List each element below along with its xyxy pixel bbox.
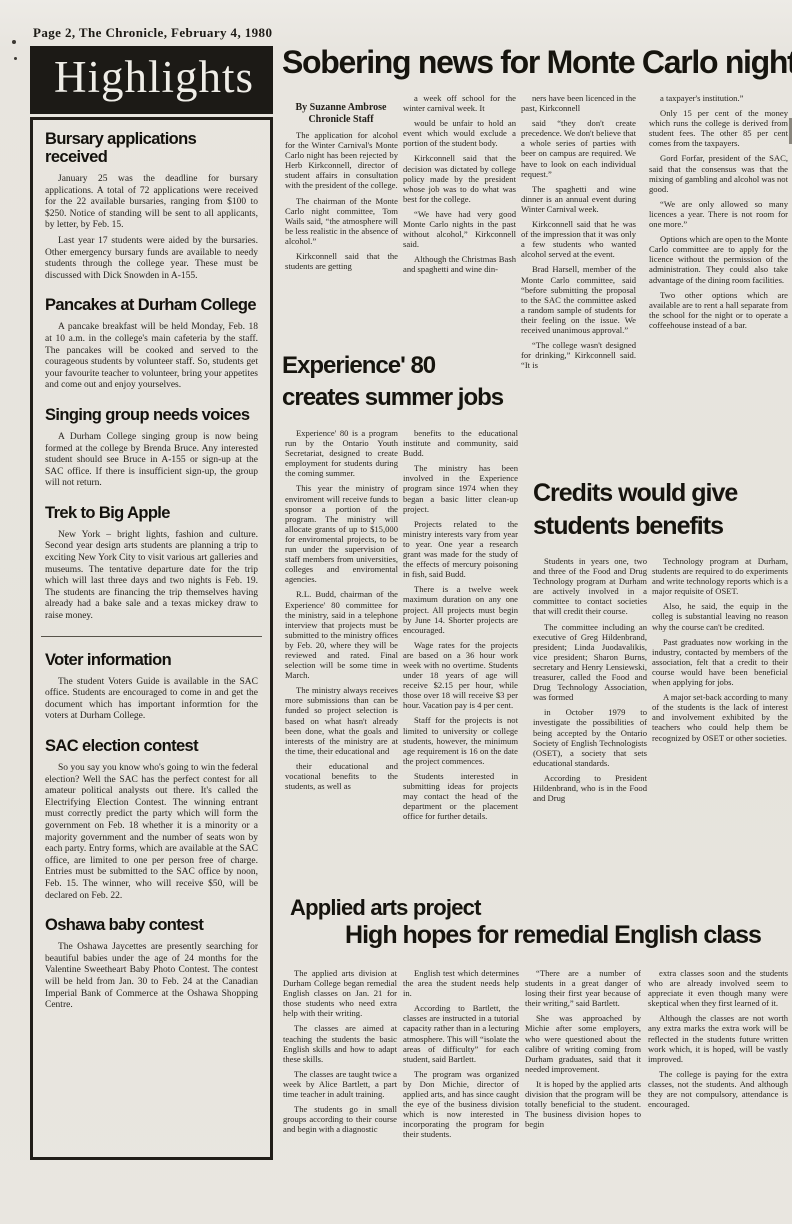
- paragraph: Kirkconnell said that the students are g…: [285, 251, 398, 271]
- credits-headline: Credits would give students benefits: [533, 477, 789, 543]
- paragraph: in October 1979 to investigate the possi…: [533, 707, 647, 768]
- experience-headline-line1: Experience' 80: [282, 350, 534, 382]
- paragraph: The chairman of the Monte Carlo night co…: [285, 196, 398, 246]
- scan-artifact: [14, 57, 17, 60]
- monte-carlo-headline: Sobering news for Monte Carlo night: [282, 44, 790, 81]
- paragraph: “The college wasn't designed for drinkin…: [521, 340, 636, 370]
- paragraph: The spaghetti and wine dinner is an annu…: [521, 184, 636, 214]
- paragraph: The committee including an executive of …: [533, 622, 647, 703]
- newspaper-page: Page 2, The Chronicle, February 4, 1980 …: [0, 0, 792, 1224]
- paragraph: Wage rates for the projects are based on…: [403, 640, 518, 711]
- remedial-column-4: extra classes soon and the students who …: [648, 968, 788, 1114]
- experience-headline-line2: creates summer jobs: [282, 382, 534, 414]
- paragraph: Options which are open to the Monte Carl…: [649, 234, 788, 284]
- section-body: The Oshawa Jaycettes are presently searc…: [45, 942, 258, 1012]
- monte-carlo-column-2: a week off school for the winter carniva…: [403, 93, 516, 280]
- paragraph: The program was organized by Don Michie,…: [403, 1069, 519, 1140]
- section-divider: [41, 636, 262, 637]
- paragraph: According to Bartlett, the classes are i…: [403, 1003, 519, 1064]
- paragraph: Kirkconnell said that the decision was d…: [403, 153, 516, 203]
- monte-carlo-column-3: ners have been licenced in the past, Kir…: [521, 93, 636, 375]
- paragraph: Brad Harsell, member of the Monte Carlo …: [521, 264, 636, 335]
- paragraph: a week off school for the winter carniva…: [403, 93, 516, 113]
- page-header: Page 2, The Chronicle, February 4, 1980: [33, 25, 272, 41]
- highlights-section-pancakes: Pancakes at Durham College A pancake bre…: [45, 296, 258, 392]
- paragraph: The application for alcohol for the Wint…: [285, 130, 398, 191]
- paragraph: Students interested in submitting ideas …: [403, 771, 518, 821]
- section-body: A Durham College singing group is now be…: [45, 432, 258, 490]
- paragraph: So you say you know who's going to win t…: [45, 763, 258, 902]
- paragraph: Although the classes are not worth any e…: [648, 1013, 788, 1063]
- paragraph: Experience' 80 is a program run by the O…: [285, 428, 398, 478]
- experience-column-1: Experience' 80 is a program run by the O…: [285, 428, 398, 796]
- credits-column-2: Technology program at Durham, students a…: [652, 556, 788, 748]
- paragraph: their educational and vocational benefit…: [285, 761, 398, 791]
- paragraph: benefits to the educational institute an…: [403, 428, 518, 458]
- paragraph: The college is paying for the extra clas…: [648, 1069, 788, 1109]
- paragraph: “We are only allowed so many licences a …: [649, 199, 788, 229]
- highlights-section-bursary: Bursary applications received January 25…: [45, 130, 258, 282]
- paragraph: Gord Forfar, president of the SAC, said …: [649, 153, 788, 193]
- remedial-column-3: “There are a number of students in a gre…: [525, 968, 641, 1134]
- paragraph: “We have had very good Monte Carlo night…: [403, 209, 516, 249]
- section-title: Pancakes at Durham College: [45, 296, 258, 314]
- scan-artifact: [12, 40, 16, 44]
- paragraph: The applied arts division at Durham Coll…: [283, 968, 397, 1018]
- paragraph: A Durham College singing group is now be…: [45, 432, 258, 490]
- experience-column-2: benefits to the educational institute an…: [403, 428, 518, 826]
- section-title: Voter information: [45, 651, 258, 669]
- paragraph: Although the Christmas Bash and spaghett…: [403, 254, 516, 274]
- experience-headline: Experience' 80 creates summer jobs: [282, 350, 534, 414]
- highlights-box: Bursary applications received January 25…: [30, 117, 273, 1160]
- credits-headline-line2: students benefits: [533, 510, 789, 543]
- paragraph: This year the ministry of enviroment wil…: [285, 483, 398, 584]
- paragraph: Only 15 per cent of the money which runs…: [649, 108, 788, 148]
- paragraph: There is a twelve week maximum duration …: [403, 584, 518, 634]
- paragraph: Two other options which are available ar…: [649, 290, 788, 330]
- byline-author: By Suzanne Ambrose: [284, 102, 398, 114]
- byline: By Suzanne Ambrose Chronicle Staff: [284, 102, 398, 126]
- paragraph: January 25 was the deadline for bursary …: [45, 174, 258, 232]
- paragraph: Also, he said, the equip in the colleg i…: [652, 601, 788, 631]
- section-title: Bursary applications received: [45, 130, 258, 166]
- section-body: A pancake breakfast will be held Monday,…: [45, 322, 258, 392]
- paragraph: would be unfair to hold an event which w…: [403, 118, 516, 148]
- section-title: Oshawa baby contest: [45, 916, 258, 934]
- highlights-sidebar: Highlights Bursary applications received…: [30, 46, 273, 1160]
- credits-headline-line1: Credits would give: [533, 477, 789, 510]
- highlights-section-voter: Voter information The student Voters Gui…: [45, 651, 258, 723]
- credits-column-1: Students in years one, two and three of …: [533, 556, 647, 808]
- paragraph: English test which determines the area t…: [403, 968, 519, 998]
- paragraph: said “they don't create precedence. We d…: [521, 118, 636, 179]
- paragraph: A major set-back according to many of th…: [652, 692, 788, 742]
- paragraph: Staff for the projects is not limited to…: [403, 715, 518, 765]
- remedial-column-1: The applied arts division at Durham Coll…: [283, 968, 397, 1139]
- highlights-section-singing: Singing group needs voices A Durham Coll…: [45, 406, 258, 490]
- paragraph: She was approached by Michie after some …: [525, 1013, 641, 1074]
- paragraph: The ministry always receives more submis…: [285, 685, 398, 756]
- paragraph: Projects related to the ministry interes…: [403, 519, 518, 580]
- section-body: So you say you know who's going to win t…: [45, 763, 258, 902]
- paragraph: R.L. Budd, chairman of the Experience' 8…: [285, 589, 398, 680]
- paragraph: Students in years one, two and three of …: [533, 556, 647, 617]
- section-body: The student Voters Guide is available in…: [45, 677, 258, 723]
- section-body: New York – bright lights, fashion and cu…: [45, 530, 258, 623]
- highlights-banner: Highlights: [30, 46, 273, 114]
- highlights-section-oshawa-baby: Oshawa baby contest The Oshawa Jaycettes…: [45, 916, 258, 1012]
- paragraph: Technology program at Durham, students a…: [652, 556, 788, 596]
- paragraph: New York – bright lights, fashion and cu…: [45, 530, 258, 623]
- applied-arts-kicker: Applied arts project: [290, 895, 481, 921]
- paragraph: a taxpayer's institution.”: [649, 93, 788, 103]
- section-title: Trek to Big Apple: [45, 504, 258, 522]
- paragraph: Past graduates now working in the indust…: [652, 637, 788, 687]
- section-body: January 25 was the deadline for bursary …: [45, 174, 258, 282]
- paragraph: The student Voters Guide is available in…: [45, 677, 258, 723]
- section-title: SAC election contest: [45, 737, 258, 755]
- monte-carlo-column-1: The application for alcohol for the Wint…: [285, 130, 398, 276]
- paragraph: It is hoped by the applied arts division…: [525, 1079, 641, 1129]
- remedial-column-2: English test which determines the area t…: [403, 968, 519, 1145]
- paragraph: ners have been licenced in the past, Kir…: [521, 93, 636, 113]
- paragraph: According to President Hildenbrand, who …: [533, 773, 647, 803]
- byline-staff: Chronicle Staff: [284, 114, 398, 126]
- paragraph: “There are a number of students in a gre…: [525, 968, 641, 1008]
- remedial-headline: High hopes for remedial English class: [316, 921, 790, 950]
- highlights-section-sac-election: SAC election contest So you say you know…: [45, 737, 258, 902]
- highlights-section-trek: Trek to Big Apple New York – bright ligh…: [45, 504, 258, 623]
- paragraph: Last year 17 students were aided by the …: [45, 236, 258, 282]
- paragraph: The classes are aimed at teaching the st…: [283, 1023, 397, 1063]
- paragraph: The ministry has been involved in the Ex…: [403, 463, 518, 513]
- monte-carlo-column-4: a taxpayer's institution.”Only 15 per ce…: [649, 93, 788, 335]
- paragraph: extra classes soon and the students who …: [648, 968, 788, 1008]
- paragraph: The students go in small groups accordin…: [283, 1104, 397, 1134]
- paragraph: The Oshawa Jaycettes are presently searc…: [45, 942, 258, 1012]
- section-title: Singing group needs voices: [45, 406, 258, 424]
- paragraph: A pancake breakfast will be held Monday,…: [45, 322, 258, 392]
- paragraph: The classes are taught twice a week by A…: [283, 1069, 397, 1099]
- paragraph: Kirkconnell said that he was of the impr…: [521, 219, 636, 259]
